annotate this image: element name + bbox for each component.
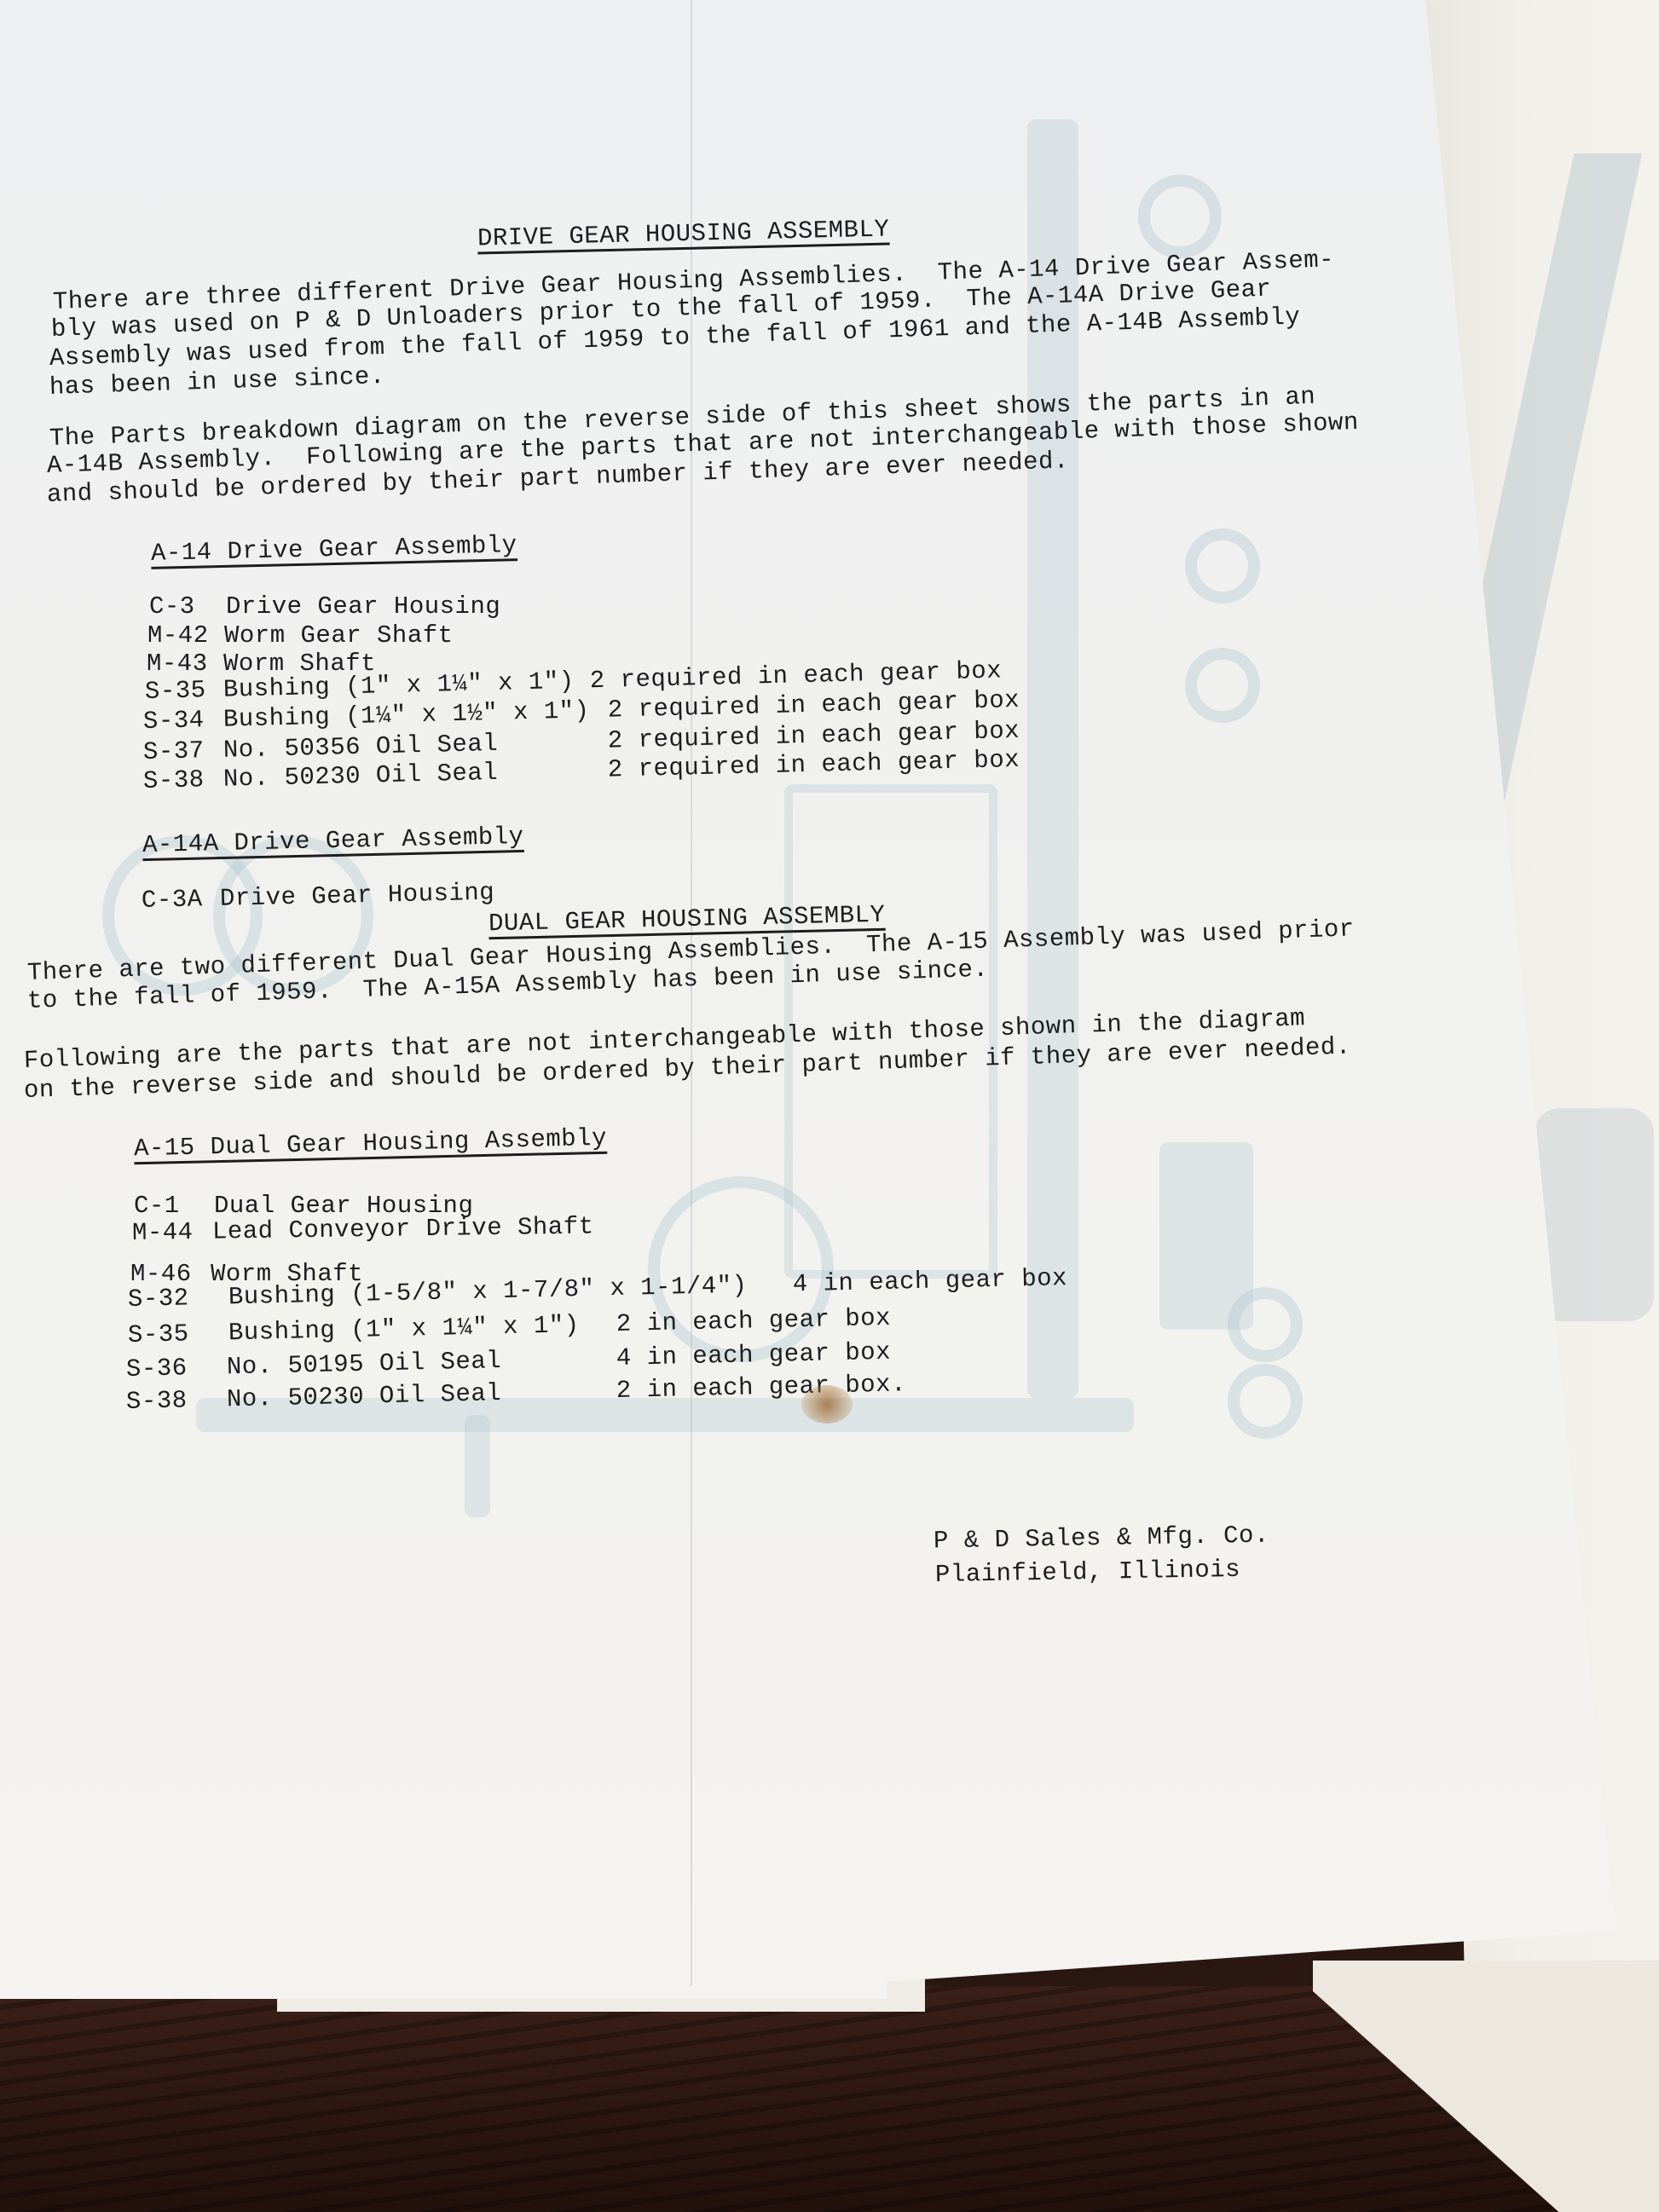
part-number: C-1 (134, 1192, 180, 1220)
list-item: S-36No. 50195 Oil Seal4 in each gear box (126, 1354, 188, 1383)
part-quantity: 4 in each gear box (616, 1338, 891, 1372)
bleed-through-shape (1185, 648, 1260, 723)
part-number: M-44 (132, 1218, 194, 1247)
subsection-heading: A-14A Drive Gear Assembly (142, 823, 524, 859)
part-number: C-3 (149, 592, 195, 621)
subsection-heading: A-14 Drive Gear Assembly (151, 531, 517, 568)
section-title: DRIVE GEAR HOUSING ASSEMBLY (477, 216, 890, 253)
company-location: Plainfield, Illinois (935, 1556, 1241, 1589)
list-item: C-3Drive Gear Housing (149, 592, 195, 621)
part-description: Worm Gear Shaft (224, 621, 454, 650)
list-item: M-43Worm Shaft (147, 650, 208, 678)
part-description: Drive Gear Housing (226, 592, 500, 621)
list-item: S-38No. 50230 Oil Seal2 in each gear box… (126, 1386, 188, 1416)
bleed-through-shape (1159, 1142, 1253, 1330)
bleed-through-shape (465, 1415, 490, 1517)
list-item: S-38No. 50230 Oil Seal2 required in each… (143, 765, 205, 795)
document-page: DRIVE GEAR HOUSING ASSEMBLY There are th… (0, 0, 1620, 2003)
part-number: S-37 (143, 736, 205, 766)
part-number: C-3A (142, 885, 203, 915)
list-item: S-34Bushing (1¼" x 1½" x 1")2 required i… (143, 706, 205, 736)
part-number: S-38 (126, 1386, 188, 1416)
list-item: S-37No. 50356 Oil Seal2 required in each… (143, 736, 205, 766)
part-description: Drive Gear Housing (220, 879, 495, 913)
part-number: M-42 (147, 621, 209, 650)
part-number: S-32 (128, 1284, 189, 1314)
list-item: M-44Lead Conveyor Drive Shaft (132, 1218, 194, 1247)
part-number: S-35 (128, 1320, 189, 1349)
part-description: No. 50195 Oil Seal (227, 1347, 502, 1381)
subsection-heading: A-15 Dual Gear Housing Assembly (134, 1124, 608, 1164)
part-description: No. 50230 Oil Seal (223, 759, 499, 794)
part-number: S-36 (126, 1354, 188, 1383)
part-quantity: 2 in each gear box (616, 1304, 891, 1338)
part-number: S-38 (143, 765, 205, 795)
list-item: C-3ADrive Gear Housing (142, 885, 203, 915)
list-item: S-35Bushing (1" x 1¼" x 1")2 required in… (145, 676, 206, 706)
bleed-through-shape (1185, 528, 1260, 604)
bleed-through-shape (1535, 1108, 1654, 1321)
part-quantity: 4 in each gear box (792, 1264, 1067, 1298)
company-name: P & D Sales & Mfg. Co. (934, 1522, 1269, 1556)
list-item: S-32Bushing (1-5/8" x 1-7/8" x 1-1/4")4 … (128, 1284, 189, 1314)
stain-mark (801, 1385, 853, 1424)
part-description: Bushing (1" x 1¼" x 1") (228, 1311, 580, 1347)
bleed-through-shape (1138, 175, 1222, 258)
part-number: S-35 (145, 676, 206, 706)
part-description: Lead Conveyor Drive Shaft (212, 1212, 594, 1245)
list-item: S-35Bushing (1" x 1¼" x 1")2 in each gea… (128, 1320, 189, 1349)
part-number: M-43 (147, 650, 208, 678)
bleed-through-shape (1228, 1364, 1303, 1439)
part-number: S-34 (143, 706, 205, 736)
list-item: C-1Dual Gear Housing (134, 1192, 180, 1220)
list-item: M-42Worm Gear Shaft (147, 621, 209, 650)
